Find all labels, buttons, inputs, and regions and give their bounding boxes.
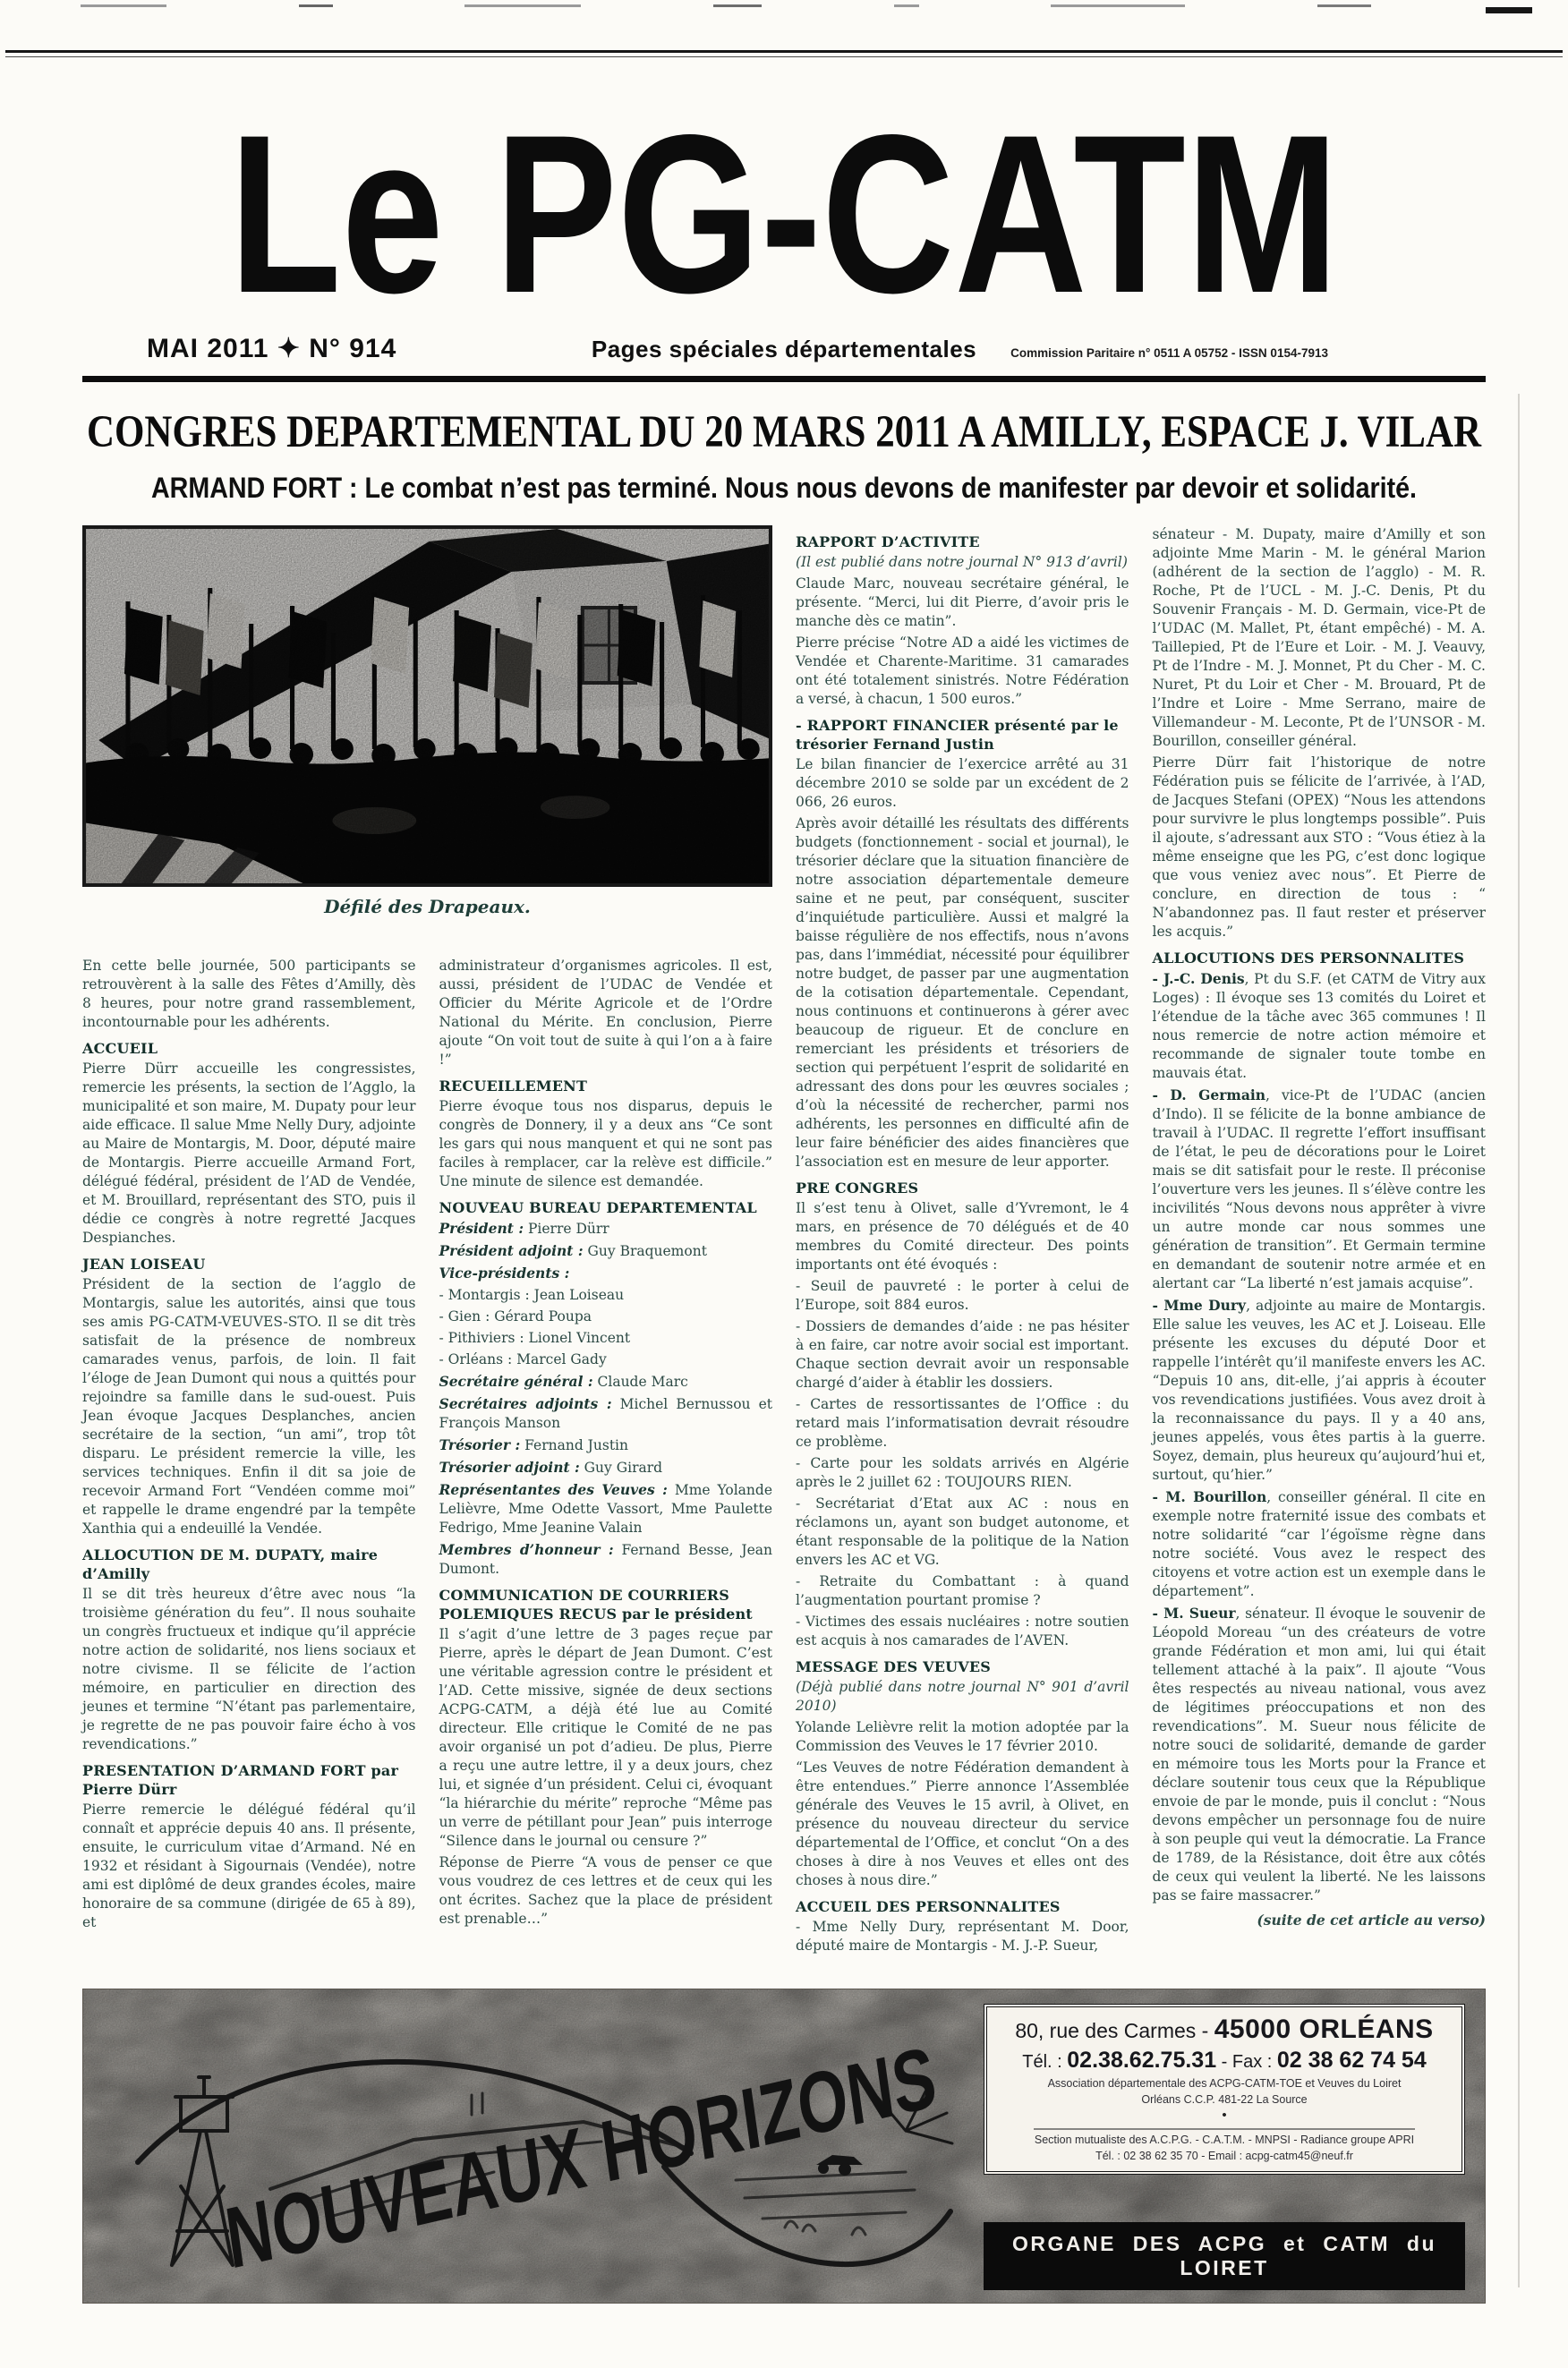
paragraph: Président : Pierre Dürr — [439, 1219, 773, 1239]
masthead: Le PG-CATM — [226, 104, 1342, 317]
section-heading: ACCUEIL — [82, 1039, 416, 1058]
section-heading: PRESENTATION D’ARMAND FORT par Pierre Dü… — [82, 1761, 416, 1799]
ad-footer-bar: ORGANE DES ACPG et CATM du LOIRET — [984, 2222, 1465, 2290]
section-heading: PRE CONGRES — [796, 1179, 1129, 1197]
ad-association-line: Association départementale des ACPG-CATM… — [996, 2077, 1453, 2090]
section-heading: MESSAGE DES VEUVES — [796, 1657, 1129, 1676]
paragraph: Secrétaire général : Claude Marc — [439, 1372, 773, 1392]
landscape-sketch — [736, 2172, 915, 2235]
issue-date: MAI 2011 ✦ N° 914 — [82, 333, 592, 364]
section-heading: ALLOCUTIONS DES PERSONNALITES — [1153, 949, 1487, 967]
ad-address-line: 80, rue des Carmes - 45000 ORLÉANS — [996, 2015, 1453, 2045]
editorial-note: (Il est publié dans notre journal N° 913… — [796, 553, 1129, 572]
paragraph: - Mme Dury, adjointe au maire de Montarg… — [1153, 1296, 1487, 1485]
article-body: Défilé des Drapeaux. En cette belle jour… — [82, 525, 1486, 1958]
paragraph: - Carte pour les soldats arrivés en Algé… — [796, 1454, 1129, 1492]
editorial-note: (Déjà publié dans notre journal N° 901 d… — [796, 1678, 1129, 1716]
paragraph: “Les Veuves de notre Fédération demanden… — [796, 1759, 1129, 1890]
continuation-note: (suite de cet article au verso) — [1153, 1911, 1487, 1929]
paragraph: - Mme Nelly Dury, représentant M. Door, … — [796, 1918, 1129, 1955]
paragraph: - D. Germain, vice-Pt de l’UDAC (ancien … — [1153, 1086, 1487, 1293]
paragraph: Il s’est tenu à Olivet, salle d’Yvremont… — [796, 1199, 1129, 1274]
section-heading: - RAPPORT FINANCIER présenté par le trés… — [796, 716, 1129, 754]
paragraph: Président adjoint : Guy Braquemont — [439, 1241, 773, 1261]
section-heading: ACCUEIL DES PERSONNALITES — [796, 1897, 1129, 1916]
nouveaux-horizons-illustration: NOUVEAUX HORIZONS — [94, 1997, 984, 2294]
paragraph: - Secrétariat d’Etat aux AC : nous en ré… — [796, 1495, 1129, 1570]
ad-address-box: 80, rue des Carmes - 45000 ORLÉANS Tél. … — [984, 2004, 1465, 2175]
newspaper-page: Le PG-CATM MAI 2011 ✦ N° 914 Pages spéci… — [0, 0, 1568, 2368]
ad-ccp-line: Orléans C.C.P. 481-22 La Source — [996, 2093, 1453, 2106]
subheadline-text: ARMAND FORT : Le combat n’est pas termin… — [151, 472, 1417, 504]
section-heading: ALLOCUTION DE M. DUPATY, maire d’Amilly — [82, 1546, 416, 1583]
edition-label: Pages spéciales départementales — [592, 336, 976, 363]
top-rule — [5, 50, 1563, 57]
ad-contact-line: Tél. : 02 38 62 35 70 - Email : acpg-cat… — [996, 2150, 1453, 2162]
paragraph: Pierre précise “Notre AD a aidé les vict… — [796, 634, 1129, 709]
ad-separator-dot: • — [996, 2108, 1453, 2123]
paragraph: - Victimes des essais nucléaires : notre… — [796, 1613, 1129, 1650]
congress-photo — [82, 525, 772, 887]
scan-artifact-corner — [1486, 7, 1532, 13]
photo-caption: Défilé des Drapeaux. — [82, 896, 772, 917]
section-heading: COMMUNICATION DE COURRIERS POLEMIQUES RE… — [439, 1586, 773, 1623]
column-1: En cette belle journée, 500 participants… — [82, 957, 416, 1958]
paragraph: administrateur d’organismes agricoles. I… — [439, 957, 773, 1069]
column-4: sénateur - M. Dupaty, maire d’Amilly et … — [1153, 525, 1487, 1958]
ad-info-area: 80, rue des Carmes - 45000 ORLÉANS Tél. … — [984, 1989, 1485, 2303]
ad-divider — [1034, 2128, 1415, 2130]
paragraph: Il se dit très heureux d’être avec nous … — [82, 1585, 416, 1754]
paragraph: - Montargis : Jean Loiseau — [439, 1286, 773, 1305]
section-heading: JEAN LOISEAU — [82, 1255, 416, 1273]
paragraph: Trésorier : Fernand Justin — [439, 1435, 773, 1455]
masthead-title: Le PG-CATM — [229, 104, 1339, 317]
paragraph: Vice-présidents : — [439, 1264, 773, 1283]
paragraph: En cette belle journée, 500 participants… — [82, 957, 416, 1032]
scan-artifact-page-edge — [1518, 394, 1520, 2287]
paragraph: - M. Bourillon, conseiller général. Il c… — [1153, 1487, 1487, 1601]
paragraph: Secrétaires adjoints : Michel Bernussou … — [439, 1394, 773, 1433]
paragraph: Pierre évoque tous nos disparus, depuis … — [439, 1097, 773, 1191]
scan-artifact-dashes — [81, 4, 1371, 7]
column-2: administrateur d’organismes agricoles. I… — [439, 957, 773, 1958]
section-heading: RECUEILLEMENT — [439, 1077, 773, 1095]
watchtower-sketch — [172, 2077, 233, 2265]
section-heading: RAPPORT D’ACTIVITE — [796, 532, 1129, 551]
paragraph: - Orléans : Marcel Gady — [439, 1350, 773, 1369]
paragraph: Pierre Dürr fait l’historique de notre F… — [1153, 754, 1487, 941]
paragraph: Yolande Lelièvre relit la motion adoptée… — [796, 1718, 1129, 1756]
paragraph: - M. Sueur, sénateur. Il évoque le souve… — [1153, 1604, 1487, 1905]
photo-block: Défilé des Drapeaux. — [82, 525, 772, 941]
paragraph: Trésorier adjoint : Guy Girard — [439, 1458, 773, 1478]
paragraph: - Dossiers de demandes d’aide : ne pas h… — [796, 1317, 1129, 1393]
headline: CONGRES DEPARTEMENTAL DU 20 MARS 2011 A … — [82, 405, 1486, 457]
paragraph: Membres d’honneur : Fernand Besse, Jean … — [439, 1540, 773, 1579]
paragraph: Pierre Dürr accueille les congressistes,… — [82, 1060, 416, 1248]
paragraph: Il s’agit d’une lettre de 3 pages reçue … — [439, 1625, 773, 1851]
advertisement: NOUVEAUX HORIZONS 80, rue des Carmes - 4… — [82, 1989, 1486, 2304]
paragraph: Pierre remercie le délégué fédéral qu’il… — [82, 1801, 416, 1932]
paragraph: Après avoir détaillé les résultats des d… — [796, 814, 1129, 1171]
paragraph: Réponse de Pierre “A vous de penser ce q… — [439, 1853, 773, 1929]
paragraph: - Gien : Gérard Poupa — [439, 1308, 773, 1326]
ad-phone-line: Tél. : 02.38.62.75.31 - Fax : 02 38 62 7… — [996, 2048, 1453, 2074]
section-heading: NOUVEAU BUREAU DEPARTEMENTAL — [439, 1198, 773, 1217]
commission-note: Commission Paritaire n° 0511 A 05752 - I… — [976, 346, 1486, 360]
ad-illustration-area: NOUVEAUX HORIZONS — [83, 1989, 984, 2303]
column-3: RAPPORT D’ACTIVITE(Il est publié dans no… — [796, 525, 1129, 1958]
paragraph: Représentantes des Veuves : Mme Yolande … — [439, 1480, 773, 1537]
paragraph: - Cartes de ressortissantes de l’Office … — [796, 1395, 1129, 1452]
headline-text: CONGRES DEPARTEMENTAL DU 20 MARS 2011 A … — [87, 407, 1482, 457]
paragraph: Président de la section de l’agglo de Mo… — [82, 1275, 416, 1538]
paragraph: - Seuil de pauvreté : le porter à celui … — [796, 1277, 1129, 1315]
bottom-margin — [0, 2304, 1568, 2368]
tractor-silhouette — [816, 2155, 863, 2176]
ad-mutualiste-line: Section mutualiste des A.C.P.G. - C.A.T.… — [996, 2134, 1453, 2146]
paragraph: Le bilan financier de l’exercice arrêté … — [796, 755, 1129, 812]
paragraph: - J.-C. Denis, Pt du S.F. (et CATM de Vi… — [1153, 969, 1487, 1083]
paragraph: - Retraite du Combattant : à quand l’aug… — [796, 1572, 1129, 1610]
ad-street: 80, rue des Carmes - — [1015, 2019, 1214, 2042]
subheadline: ARMAND FORT : Le combat n’est pas termin… — [147, 468, 1421, 507]
paragraph: sénateur - M. Dupaty, maire d’Amilly et … — [1153, 525, 1487, 751]
issue-row: MAI 2011 ✦ N° 914 Pages spéciales départ… — [82, 333, 1486, 382]
paragraph: - Pithiviers : Lionel Vincent — [439, 1329, 773, 1348]
paragraph: Claude Marc, nouveau secrétaire général,… — [796, 575, 1129, 631]
ad-city: 45000 ORLÉANS — [1214, 2015, 1434, 2044]
